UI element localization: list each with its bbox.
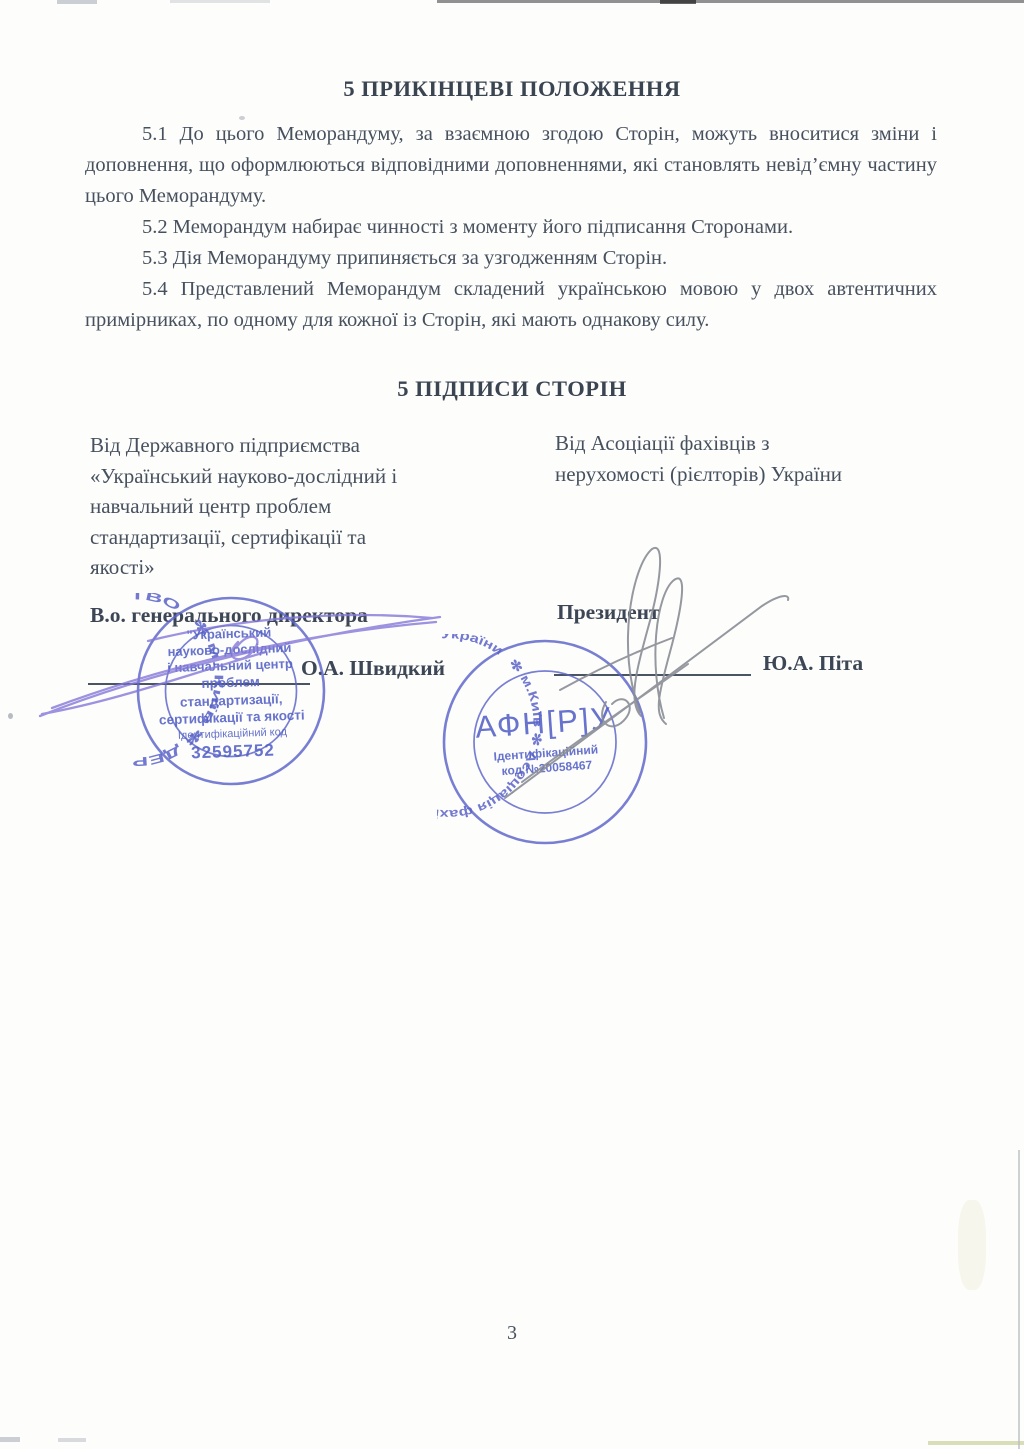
- clause-5-2: 5.2 Меморандум набирає чинності з момент…: [85, 212, 937, 243]
- left-round-stamp: ✻ м. Київ ✻ ДЕРЖАВНЕ ПІДПРИЄМСТВО "Украї…: [133, 593, 329, 789]
- right-party-block: Від Асоціації фахівців з нерухомості (рі…: [555, 428, 935, 489]
- scan-smudge-top: [170, 0, 270, 3]
- left-party-line: «Український науково-дослідний і: [90, 461, 490, 492]
- scan-mark-bottom: [58, 1438, 86, 1442]
- left-party-line: якості»: [90, 552, 490, 583]
- scan-smudge-top-left: [57, 0, 97, 4]
- right-round-stamp: ✻ м.Київ ✻ Асоціація фахівців з нерухомо…: [437, 634, 653, 850]
- left-stamp-center-text: "Український науково-дослідний і навчаль…: [149, 623, 314, 764]
- scan-mark-bottom-left: [0, 1437, 20, 1442]
- clause-5-3: 5.3 Дія Меморандуму припиняється за узго…: [85, 243, 937, 274]
- scan-smudge-right: [958, 1200, 986, 1290]
- scan-edge-artifact-top: [437, 0, 1024, 3]
- final-provisions-text: 5.1 До цього Меморандуму, за взаємною зг…: [85, 119, 937, 336]
- right-signer-name: Ю.А. Піта: [763, 651, 863, 676]
- scan-speck-left: [8, 713, 13, 719]
- left-party-line: навчальний центр проблем: [90, 491, 490, 522]
- right-party-line: нерухомості (рієлторів) України: [555, 459, 935, 490]
- scan-mark-bottom-right: [928, 1441, 1024, 1445]
- right-signer-title: Президент: [557, 600, 660, 625]
- scanned-document-page: 5 ПРИКІНЦЕВІ ПОЛОЖЕННЯ 5.1 До цього Мемо…: [0, 0, 1024, 1449]
- clause-5-4: 5.4 Представлений Меморандум складений у…: [85, 274, 937, 336]
- left-party-line: стандартизації, сертифікації та: [90, 522, 490, 553]
- clause-5-1: 5.1 До цього Меморандуму, за взаємною зг…: [85, 119, 937, 212]
- right-stamp-center-text: АФН[Р]У Ідентифікаційний код №20058467: [463, 701, 627, 782]
- scan-speck-text: [239, 116, 245, 120]
- signatures-heading: 5 ПІДПИСИ СТОРІН: [0, 376, 1024, 402]
- stamp-text-line: проблем стандартизації,: [150, 671, 311, 712]
- right-party-line: Від Асоціації фахівців з: [555, 428, 935, 459]
- final-provisions-heading: 5 ПРИКІНЦЕВІ ПОЛОЖЕННЯ: [0, 76, 1024, 102]
- page-number: 3: [0, 1322, 1024, 1345]
- scan-edge-artifact-right: [1018, 1150, 1020, 1449]
- left-party-line: Від Державного підприємства: [90, 430, 490, 461]
- scan-edge-artifact-top-dark: [660, 0, 696, 4]
- left-party-block: Від Державного підприємства «Український…: [90, 430, 490, 583]
